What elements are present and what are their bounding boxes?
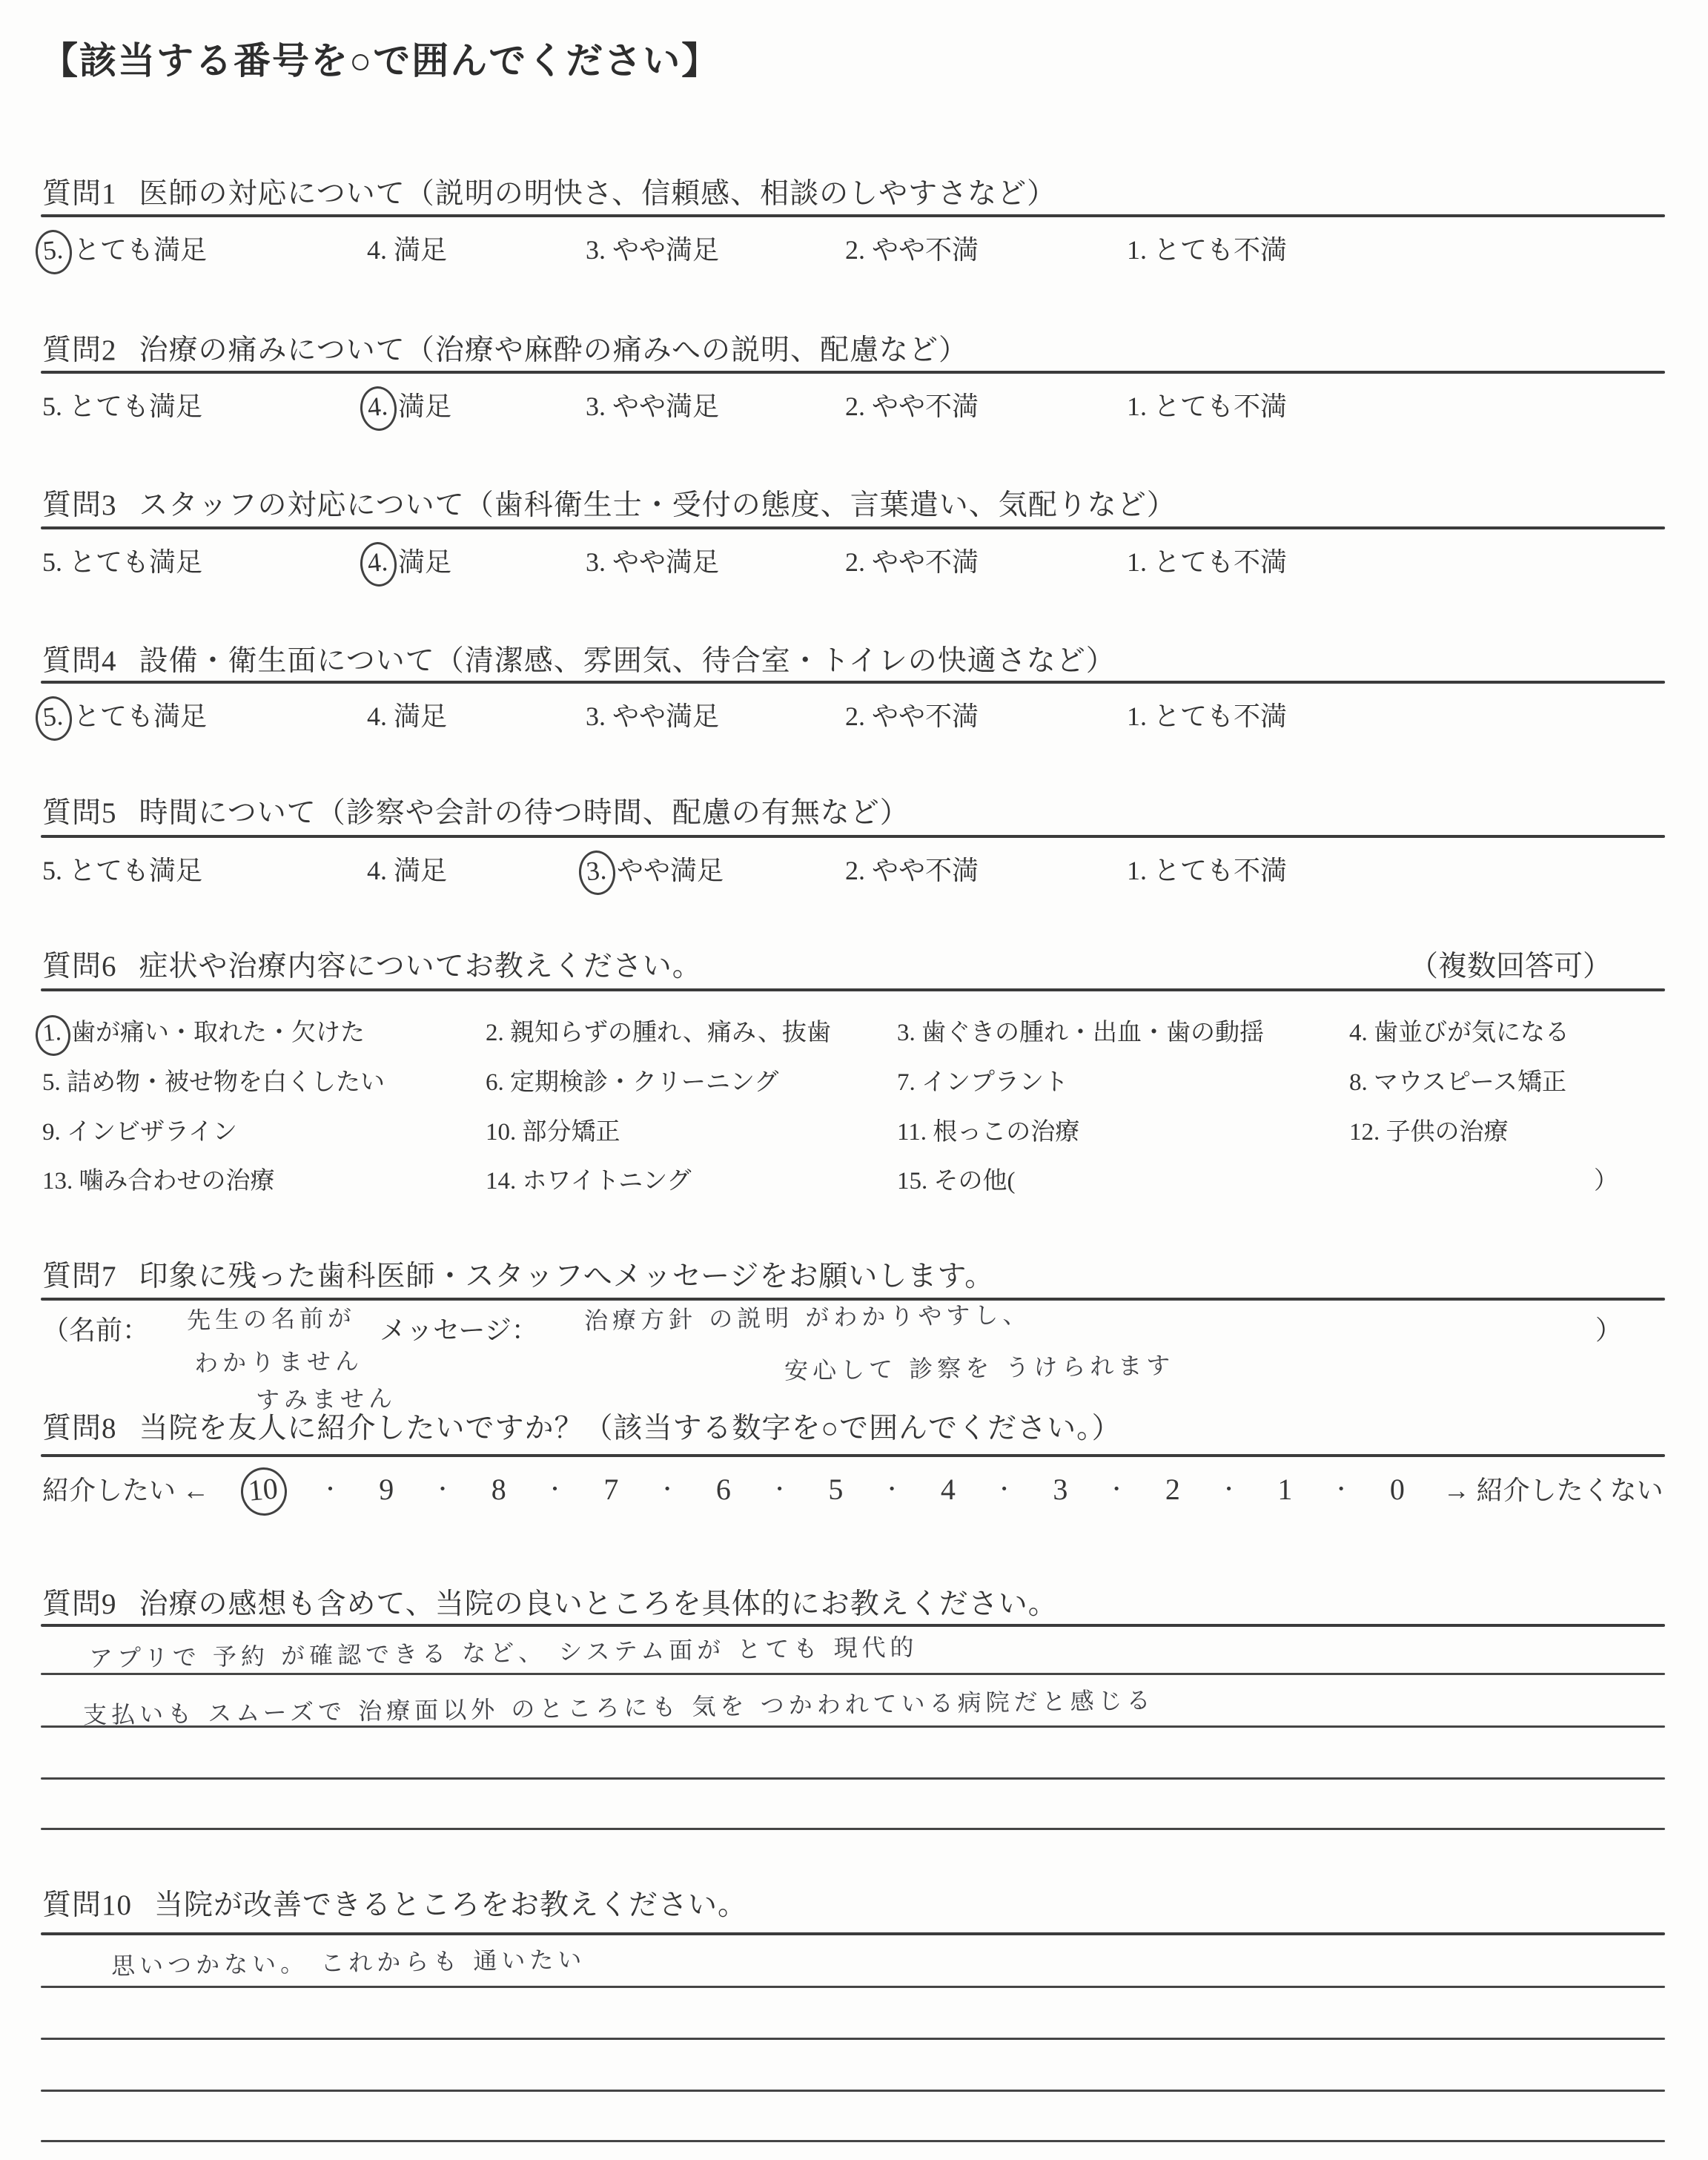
close-paren: ）: [1595, 1309, 1622, 1347]
nps-right-label: → 紹介したくない: [1443, 1470, 1664, 1507]
rating-option: 3. やや満足: [586, 541, 719, 579]
option-label: 子供の治療: [1386, 1119, 1509, 1146]
rating-option: 3. やや満足: [586, 386, 719, 423]
symptom-option: 5. 詰め物・被せ物を白くしたい: [42, 1063, 385, 1097]
option-label: 満足: [394, 235, 447, 265]
answer-line: [41, 1777, 1665, 1780]
symptom-option: 12. 子供の治療: [1349, 1112, 1509, 1147]
option-number: 6.: [486, 1069, 504, 1097]
option-label: 満足: [394, 701, 447, 731]
question-6-number: 質問6: [42, 951, 117, 982]
option-label: マウスピース矯正: [1374, 1069, 1566, 1096]
question-7-title: 印象に残った歯科医師・スタッフへメッセージをお願いします。: [139, 1261, 995, 1292]
option-number: 3.: [577, 849, 617, 896]
nps-dot: ・: [320, 1473, 341, 1503]
option-number: 4.: [367, 855, 387, 886]
rating-option: 4. 満足: [367, 386, 451, 423]
nps-number-1: 1: [1277, 1472, 1292, 1507]
option-label: とても不満: [1153, 856, 1287, 885]
option-number: 13.: [42, 1168, 73, 1195]
symptom-option: 14. ホワイトニング: [486, 1161, 692, 1196]
question-5-heading: 質問5時間について（診察や会計の待つ時間、配慮の有無など）: [42, 790, 910, 831]
option-number: 2.: [845, 855, 865, 886]
option-label: とても満足: [73, 235, 207, 265]
option-number: 1.: [1127, 546, 1147, 578]
question-4-heading: 質問4設備・衛生面について（清潔感、雰囲気、待合室・トイレの快適さなど）: [42, 638, 1116, 679]
question-2-options: 5. とても満足 4. 満足 3. やや満足 2. やや不満 1. とても不満: [0, 386, 1708, 440]
option-label: ホワイトニング: [523, 1168, 692, 1195]
question-8-title: 当院を友人に紹介したいですか？（該当する数字を○で囲んでください。）: [139, 1413, 1122, 1444]
question-5-title: 時間について（診察や会計の待つ時間、配慮の有無など）: [139, 797, 910, 829]
rating-option: 5. とても満足: [42, 229, 207, 267]
nps-dot: ・: [432, 1473, 453, 1503]
option-label: 根っこの治療: [933, 1119, 1079, 1146]
option-label: 歯並びが気になる: [1374, 1020, 1569, 1046]
nps-number-2: 2: [1165, 1472, 1180, 1507]
rating-option: 2. やや不満: [845, 541, 979, 579]
question-9-heading: 質問9治療の感想も含めて、当院の良いところを具体的にお教えください。: [42, 1581, 1058, 1622]
divider-rule: [41, 1624, 1665, 1627]
rating-option: 2. やや不満: [845, 386, 979, 423]
option-number: 1.: [1127, 855, 1147, 886]
multiple-answers-note: （複数回答可）: [1409, 943, 1612, 985]
option-label: やや不満: [872, 856, 979, 885]
option-number: 2.: [845, 701, 865, 732]
answer-line: [41, 2038, 1665, 2040]
question-7-heading: 質問7印象に残った歯科医師・スタッフへメッセージをお願いします。: [42, 1253, 994, 1295]
question-4-title: 設備・衛生面について（清潔感、雰囲気、待合室・トイレの快適さなど）: [139, 645, 1116, 677]
symptom-option: 10. 部分矯正: [486, 1112, 620, 1147]
option-number: 15.: [897, 1168, 927, 1195]
divider-rule: [41, 1454, 1665, 1457]
question-3-options: 5. とても満足 4. 満足 3. やや満足 2. やや不満 1. とても不満: [0, 541, 1708, 596]
answer-line: [41, 1828, 1665, 1830]
rating-option: 3. やや満足: [586, 850, 724, 888]
option-number: 3.: [586, 234, 606, 265]
question-2-title: 治療の痛みについて（治療や麻酔の痛みへの説明、配慮など）: [139, 334, 968, 366]
rating-option: 4. 満足: [367, 696, 447, 733]
option-number: 3.: [897, 1020, 916, 1047]
nps-left-label: 紹介したい ←: [42, 1470, 209, 1507]
option-number: 1.: [34, 1014, 72, 1057]
option-label: やや満足: [617, 856, 724, 885]
nps-dot: ・: [1106, 1473, 1127, 1503]
rating-option: 5. とても満足: [42, 850, 202, 888]
nps-number-10: 10: [239, 1465, 288, 1517]
option-number: 10.: [486, 1119, 516, 1146]
message-field-label: メッセージ：: [380, 1309, 538, 1347]
option-label: インビザライン: [67, 1119, 237, 1146]
answer-line: [41, 1986, 1665, 1988]
handwritten-name-line2: わかりません: [194, 1342, 364, 1378]
question-5-options: 5. とても満足 4. 満足 3. やや満足 2. やや不満 1. とても不満: [0, 850, 1708, 905]
symptom-option: 7. インプラント: [897, 1063, 1068, 1097]
divider-rule: [41, 371, 1665, 374]
symptom-option: 3. 歯ぐきの腫れ・出血・歯の動揺: [897, 1013, 1264, 1048]
question-4-number: 質問4: [42, 645, 117, 677]
question-2-heading: 質問2治療の痛みについて（治療や麻酔の痛みへの説明、配慮など）: [42, 327, 968, 369]
question-10-number: 質問10: [42, 1889, 132, 1921]
question-10-title: 当院が改善できるところをお教えください。: [154, 1889, 747, 1921]
question-6-title: 症状や治療内容についてお教えください。: [139, 951, 702, 982]
rating-option: 1. とても不満: [1127, 541, 1287, 579]
symptom-option: 11. 根っこの治療: [897, 1112, 1079, 1147]
question-10-heading: 質問10当院が改善できるところをお教えください。: [42, 1882, 747, 1923]
option-label: 詰め物・被せ物を白くしたい: [67, 1069, 385, 1096]
option-number: 2.: [845, 391, 865, 422]
other-close-paren: ）: [1594, 1161, 1618, 1196]
symptom-option: 1. 歯が痛い・取れた・欠けた: [42, 1013, 365, 1048]
option-number: 8.: [1349, 1069, 1368, 1097]
rating-option: 4. 満足: [367, 850, 447, 888]
divider-rule: [41, 1932, 1665, 1935]
option-number: 4.: [367, 701, 387, 732]
name-field-label: （名前：: [42, 1309, 149, 1347]
question-4-options: 5. とても満足 4. 満足 3. やや満足 2. やや不満 1. とても不満: [0, 696, 1708, 750]
option-number: 12.: [1349, 1119, 1380, 1146]
option-number: 9.: [42, 1119, 61, 1146]
divider-rule: [41, 681, 1665, 684]
rating-option: 3. やや満足: [586, 696, 719, 733]
symptom-option: 6. 定期検診・クリーニング: [486, 1063, 778, 1097]
symptom-option: 8. マウスピース矯正: [1349, 1063, 1566, 1097]
question-2-number: 質問2: [42, 334, 117, 366]
option-number: 4.: [358, 541, 398, 588]
option-number: 2.: [845, 234, 865, 265]
option-number: 11.: [897, 1119, 927, 1146]
option-label: 部分矯正: [523, 1119, 620, 1146]
rating-option: 1. とても不満: [1127, 386, 1287, 423]
question-5-number: 質問5: [42, 797, 117, 829]
handwritten-message-line1: 治療方針 の説明 がわかりやすし、: [584, 1296, 1031, 1336]
option-label: 満足: [398, 392, 451, 421]
option-number: 4.: [1349, 1020, 1368, 1047]
option-number: 2.: [486, 1020, 504, 1047]
nps-dot: ・: [881, 1473, 902, 1503]
rating-option: 1. とても不満: [1127, 850, 1287, 888]
handwritten-name-line1: 先生の名前が: [187, 1299, 357, 1335]
rating-option: 2. やや不満: [845, 696, 979, 733]
question-3-number: 質問3: [42, 489, 117, 521]
nps-number-5: 5: [828, 1472, 843, 1507]
nps-number-7: 7: [603, 1472, 618, 1507]
rating-option: 2. やや不満: [845, 229, 979, 267]
option-label: やや不満: [872, 701, 979, 731]
question-1-title: 医師の対応について（説明の明快さ、信頼感、相談のしやすさなど）: [139, 178, 1057, 210]
rating-option: 1. とても不満: [1127, 696, 1287, 733]
nps-dot: ・: [994, 1473, 1015, 1503]
option-label: やや満足: [612, 547, 719, 577]
nps-number-0: 0: [1390, 1472, 1405, 1507]
handwritten-answer-line: 思いつかない。 これからも 通いたい: [111, 1941, 586, 1982]
option-label: その他(: [934, 1168, 1016, 1195]
option-number: 4.: [367, 234, 387, 265]
option-label: やや不満: [872, 235, 979, 265]
option-number: 3.: [586, 546, 606, 578]
rating-option: 1. とても不満: [1127, 229, 1287, 267]
question-8-number: 質問8: [42, 1413, 117, 1444]
question-1-heading: 質問1医師の対応について（説明の明快さ、信頼感、相談のしやすさなど）: [42, 171, 1056, 212]
option-label: 満足: [398, 547, 451, 577]
nps-dot: ・: [545, 1473, 566, 1503]
option-label: とても不満: [1153, 547, 1287, 577]
question-7-number: 質問7: [42, 1261, 117, 1292]
option-number: 5.: [42, 855, 62, 886]
rating-option: 5. とても満足: [42, 386, 202, 423]
question-9-title: 治療の感想も含めて、当院の良いところを具体的にお教えください。: [139, 1588, 1058, 1620]
nps-number-9: 9: [379, 1472, 394, 1507]
option-number: 5.: [42, 1069, 61, 1097]
option-label: 親知らずの腫れ、痛み、抜歯: [510, 1020, 831, 1046]
question-1-number: 質問1: [42, 178, 117, 210]
question-8-heading: 質問8当院を友人に紹介したいですか？（該当する数字を○で囲んでください。）: [42, 1405, 1122, 1447]
nps-number-8: 8: [491, 1472, 506, 1507]
rating-option: 4. 満足: [367, 541, 451, 579]
option-number: 4.: [358, 385, 398, 432]
answer-line: [41, 2140, 1665, 2142]
nps-scale: 紹介したい ← 10 ・ 9 ・ 8 ・ 7 ・ 6 ・ 5 ・ 4 ・ 3 ・…: [42, 1470, 1664, 1507]
divider-rule: [41, 835, 1665, 838]
question-3-title: スタッフの対応について（歯科衛生士・受付の態度、言葉遣い、気配りなど）: [139, 489, 1176, 521]
option-label: インプラント: [921, 1069, 1068, 1096]
symptom-option: 9. インビザライン: [42, 1112, 237, 1147]
symptom-option: 4. 歯並びが気になる: [1349, 1013, 1569, 1048]
option-label: やや不満: [872, 392, 979, 421]
divider-rule: [41, 526, 1665, 529]
symptom-option: 15. その他(: [897, 1161, 1016, 1196]
question-3-heading: 質問3スタッフの対応について（歯科衛生士・受付の態度、言葉遣い、気配りなど）: [42, 482, 1176, 524]
rating-option: 2. やや不満: [845, 850, 979, 888]
divider-rule: [41, 214, 1665, 217]
option-label: とても満足: [69, 392, 202, 421]
rating-option: 5. とても満足: [42, 541, 202, 579]
handwritten-message-line2: 安心して 診察を うけられます: [784, 1347, 1175, 1386]
option-label: とても不満: [1153, 701, 1287, 731]
option-label: 定期検診・クリーニング: [510, 1069, 778, 1096]
option-number: 2.: [845, 546, 865, 578]
option-number: 1.: [1127, 234, 1147, 265]
rating-option: 5. とても満足: [42, 696, 207, 733]
option-label: 歯が痛い・取れた・欠けた: [71, 1020, 365, 1046]
question-9-number: 質問9: [42, 1588, 117, 1620]
answer-line: [41, 2090, 1665, 2092]
option-number: 1.: [1127, 701, 1147, 732]
option-number: 3.: [586, 701, 606, 732]
option-label: とても満足: [73, 701, 207, 731]
survey-scan-page: 【該当する番号を○で囲んでください】 質問1医師の対応について（説明の明快さ、信…: [0, 0, 1708, 2160]
nps-dot: ・: [769, 1473, 790, 1503]
handwritten-answer-line: アプリで 予約 が確認できる など、 システム面が とても 現代的: [89, 1628, 918, 1674]
option-number: 3.: [586, 391, 606, 422]
option-label: とても不満: [1153, 235, 1287, 265]
rating-option: 3. やや満足: [586, 229, 719, 267]
nps-number-3: 3: [1053, 1472, 1067, 1507]
option-label: 噛み合わせの治療: [79, 1168, 275, 1195]
option-label: やや満足: [612, 392, 719, 421]
option-number: 5.: [33, 695, 73, 742]
option-number: 7.: [897, 1069, 916, 1097]
option-number: 5.: [42, 546, 62, 578]
answer-line: [41, 1725, 1665, 1728]
option-number: 5.: [42, 391, 62, 422]
option-label: やや不満: [872, 547, 979, 577]
symptom-option: 13. 噛み合わせの治療: [42, 1161, 275, 1196]
option-label: とても満足: [69, 547, 202, 577]
nps-dot: ・: [1331, 1473, 1351, 1503]
option-label: 歯ぐきの腫れ・出血・歯の動揺: [921, 1020, 1264, 1046]
option-number: 5.: [33, 228, 73, 276]
option-label: やや満足: [612, 701, 719, 731]
nps-dot: ・: [1219, 1473, 1239, 1503]
nps-number-6: 6: [716, 1472, 731, 1507]
nps-number-4: 4: [941, 1472, 956, 1507]
option-label: 満足: [394, 856, 447, 885]
answer-line: [41, 1673, 1665, 1675]
symptom-option: 2. 親知らずの腫れ、痛み、抜歯: [486, 1013, 831, 1048]
nps-dot: ・: [657, 1473, 678, 1503]
handwritten-answer-line: 支払いも スムーズで 治療面以外 のところにも 気を つかわれている病院だと感じ…: [83, 1682, 1155, 1731]
rating-option: 4. 満足: [367, 229, 447, 267]
divider-rule: [41, 988, 1665, 991]
option-label: とても満足: [69, 856, 202, 885]
option-label: とても不満: [1153, 392, 1287, 421]
option-label: やや満足: [612, 235, 719, 265]
option-number: 14.: [486, 1168, 516, 1195]
question-6-heading: 質問6症状や治療内容についてお教えください。: [42, 943, 702, 985]
page-title: 【該当する番号を○で囲んでください】: [41, 31, 720, 85]
question-1-options: 5. とても満足 4. 満足 3. やや満足 2. やや不満 1. とても不満: [0, 229, 1708, 284]
option-number: 1.: [1127, 391, 1147, 422]
